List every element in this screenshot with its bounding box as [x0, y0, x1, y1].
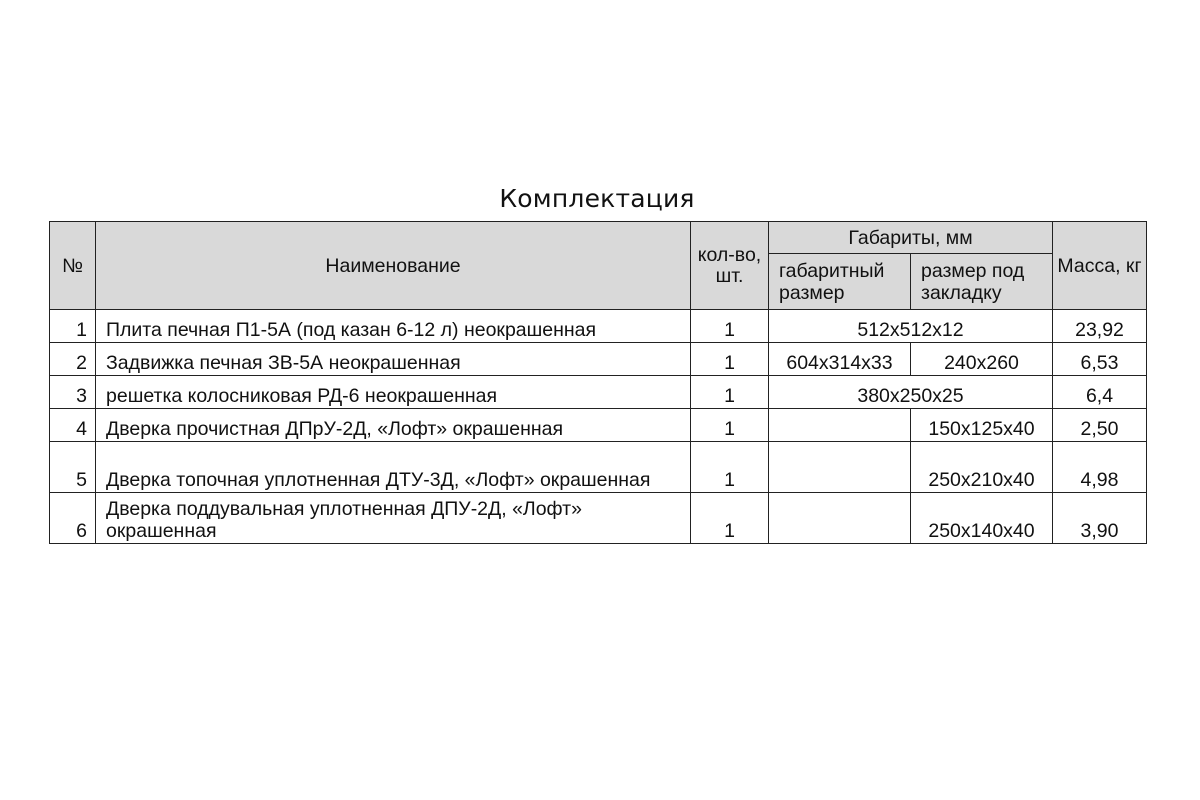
row-number: 6: [50, 493, 96, 544]
item-name: Задвижка печная ЗВ-5А неокрашенная: [96, 343, 691, 376]
header-mounting-size: размер под закладку: [911, 254, 1053, 310]
item-name: Дверка прочистная ДПрУ-2Д, «Лофт» окраше…: [96, 409, 691, 442]
document-title: Комплектация: [0, 184, 1194, 213]
item-name: решетка колосниковая РД-6 неокрашенная: [96, 376, 691, 409]
item-quantity: 1: [691, 493, 769, 544]
row-number: 3: [50, 376, 96, 409]
item-mass: 4,98: [1053, 442, 1147, 493]
mounting-size: 240х260: [911, 343, 1053, 376]
header-num: №: [50, 222, 96, 310]
item-name: Плита печная П1-5А (под казан 6-12 л) не…: [96, 310, 691, 343]
table-row: 5Дверка топочная уплотненная ДТУ-3Д, «Ло…: [50, 442, 1147, 493]
header-dimensions: Габариты, мм: [769, 222, 1053, 254]
overall-size: [769, 409, 911, 442]
table-row: 3решетка колосниковая РД-6 неокрашенная1…: [50, 376, 1147, 409]
mounting-size: 250х210х40: [911, 442, 1053, 493]
item-quantity: 1: [691, 343, 769, 376]
item-quantity: 1: [691, 310, 769, 343]
table-row: 6Дверка поддувальная уплотненная ДПУ-2Д,…: [50, 493, 1147, 544]
item-quantity: 1: [691, 442, 769, 493]
mounting-size: 150х125х40: [911, 409, 1053, 442]
item-quantity: 1: [691, 409, 769, 442]
item-mass: 6,4: [1053, 376, 1147, 409]
components-table: № Наименование кол-во, шт. Габариты, мм …: [49, 221, 1147, 544]
row-number: 4: [50, 409, 96, 442]
item-name: Дверка топочная уплотненная ДТУ-3Д, «Лоф…: [96, 442, 691, 493]
item-name: Дверка поддувальная уплотненная ДПУ-2Д, …: [96, 493, 691, 544]
row-number: 1: [50, 310, 96, 343]
row-number: 2: [50, 343, 96, 376]
item-mass: 6,53: [1053, 343, 1147, 376]
header-name: Наименование: [96, 222, 691, 310]
overall-size: [769, 493, 911, 544]
overall-size: [769, 442, 911, 493]
overall-size: 604х314х33: [769, 343, 911, 376]
overall-size: 380х250х25: [769, 376, 1053, 409]
item-mass: 23,92: [1053, 310, 1147, 343]
overall-size: 512х512х12: [769, 310, 1053, 343]
mounting-size: 250х140х40: [911, 493, 1053, 544]
header-qty: кол-во, шт.: [691, 222, 769, 310]
header-mass: Масса, кг: [1053, 222, 1147, 310]
row-number: 5: [50, 442, 96, 493]
table-row: 4Дверка прочистная ДПрУ-2Д, «Лофт» окраш…: [50, 409, 1147, 442]
table-row: 2Задвижка печная ЗВ-5А неокрашенная1604х…: [50, 343, 1147, 376]
table-row: 1Плита печная П1-5А (под казан 6-12 л) н…: [50, 310, 1147, 343]
item-mass: 3,90: [1053, 493, 1147, 544]
item-quantity: 1: [691, 376, 769, 409]
item-mass: 2,50: [1053, 409, 1147, 442]
header-overall-size: габаритный размер: [769, 254, 911, 310]
